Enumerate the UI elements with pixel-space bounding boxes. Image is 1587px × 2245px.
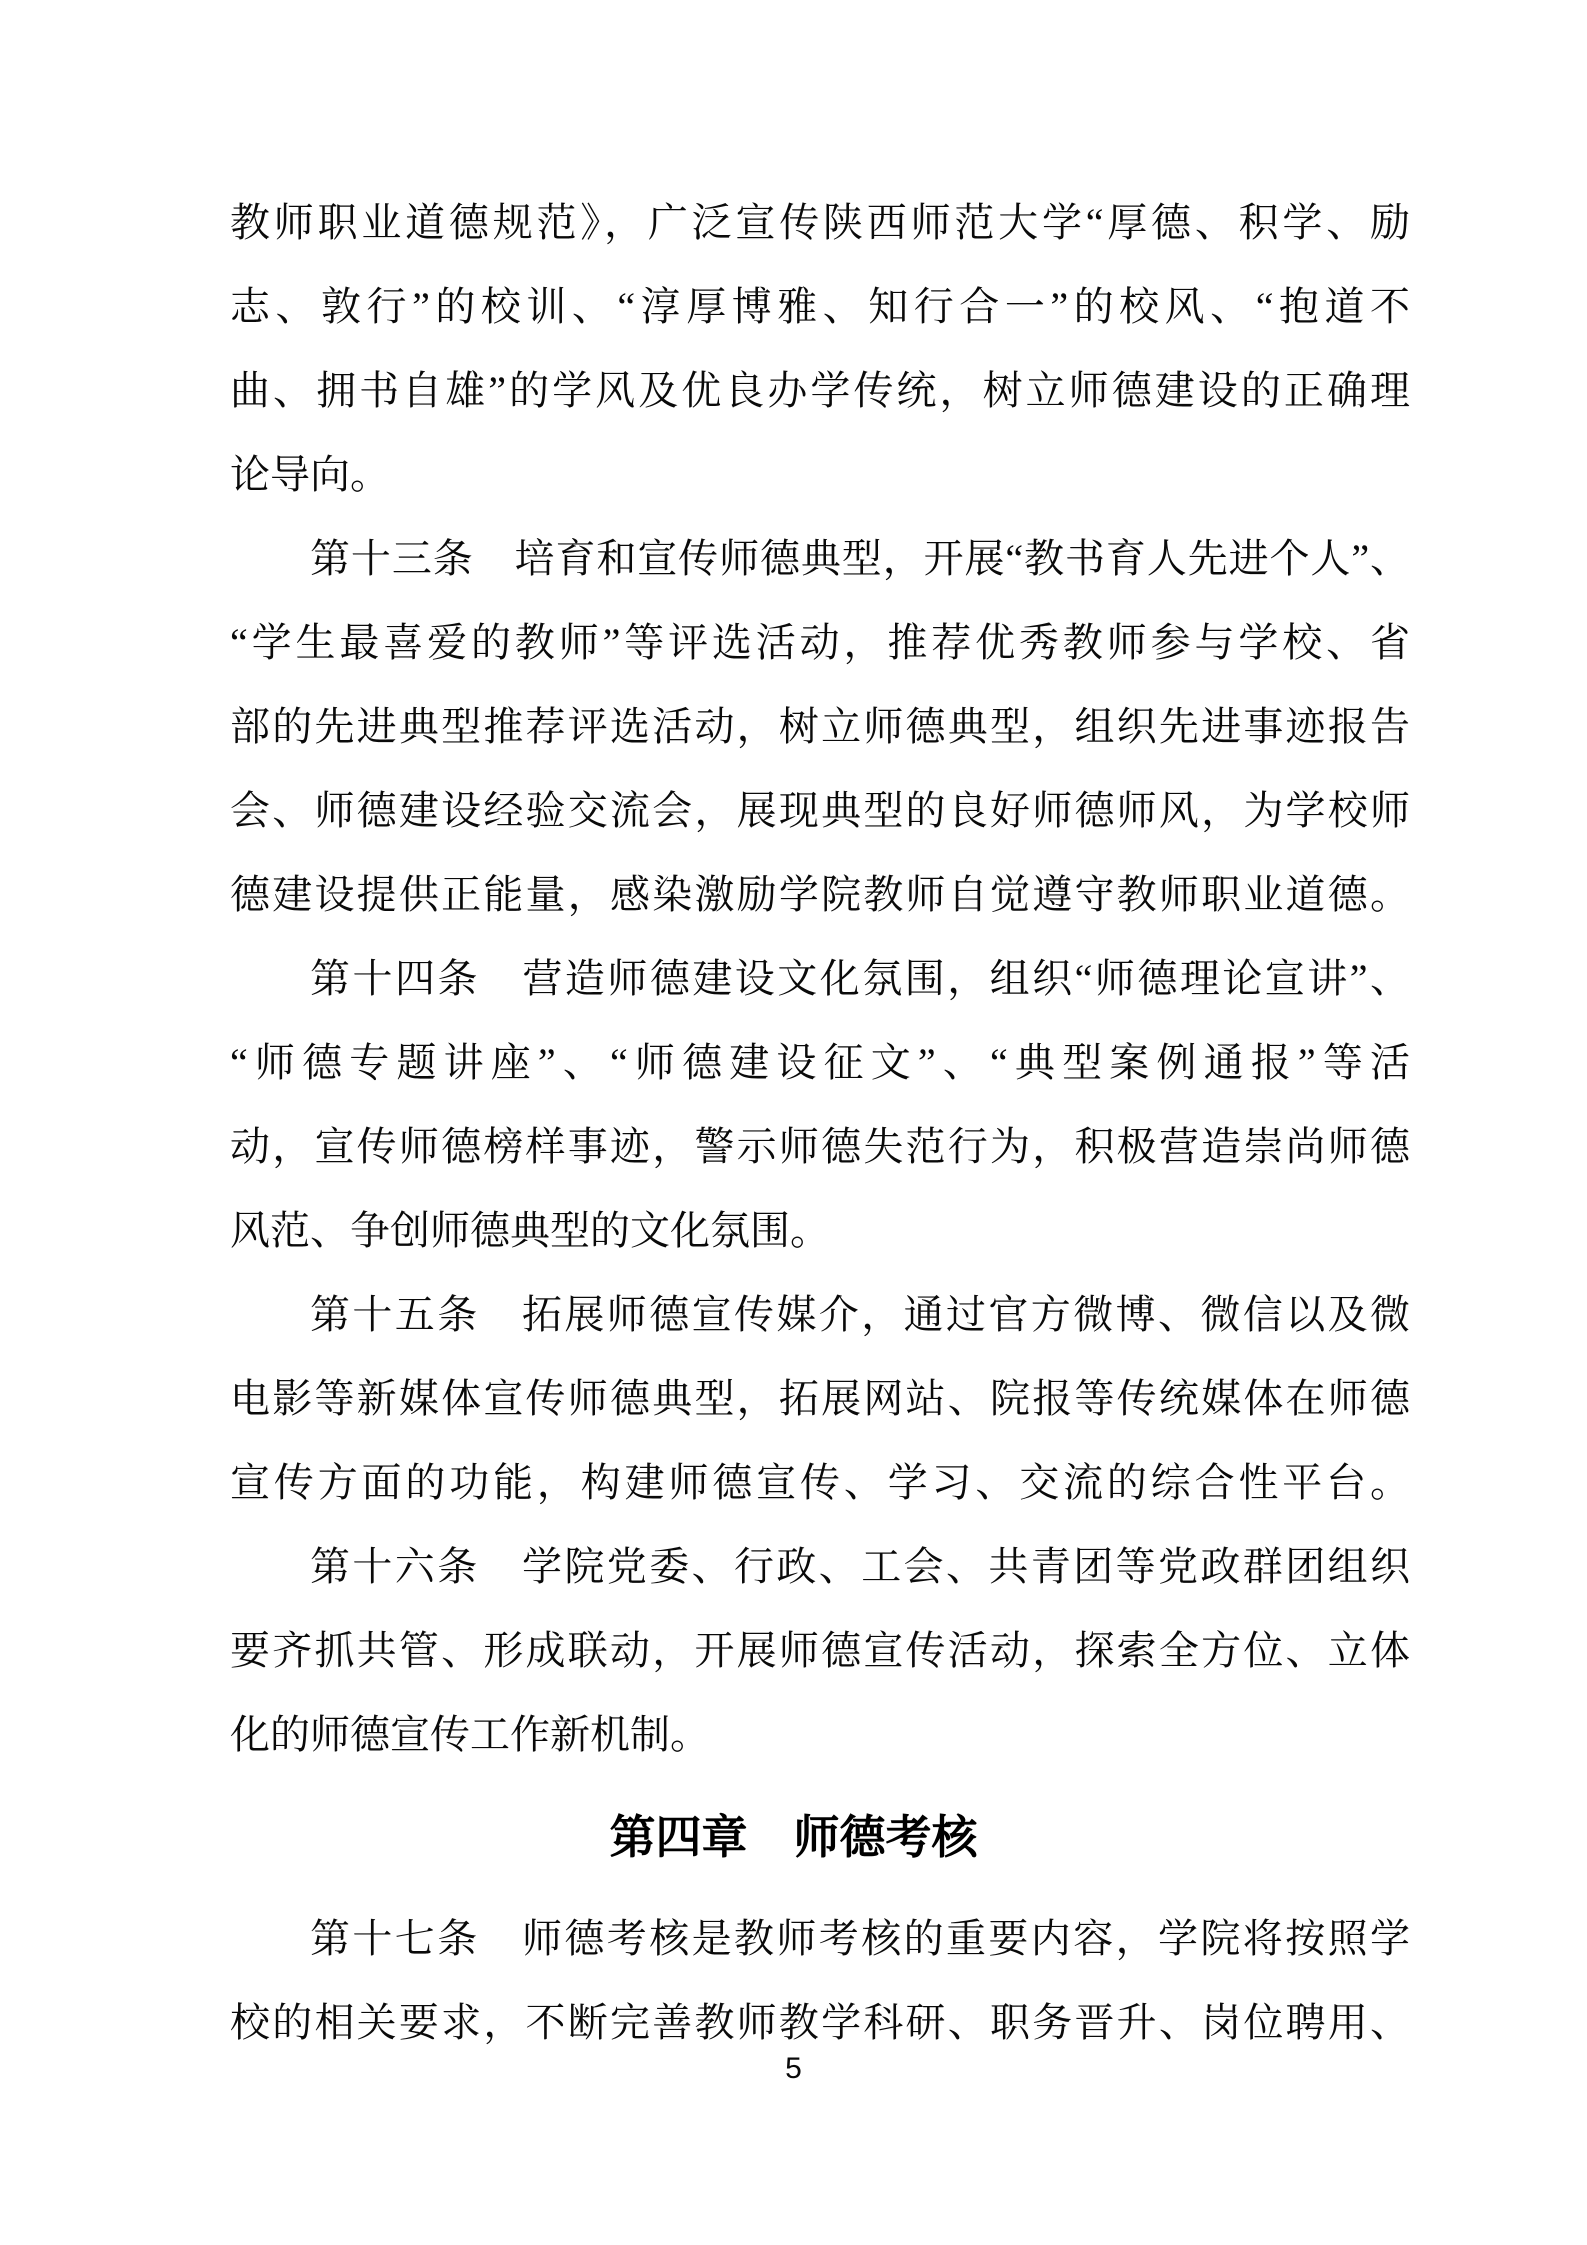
body-line: 志、敦行”的校训、“淳厚博雅、知行合一”的校风、“抱道不 bbox=[230, 265, 1410, 349]
body-line: 动，宣传师德榜样事迹，警示师德失范行为，积极营造崇尚师德 bbox=[230, 1105, 1410, 1189]
body-line: 第十五条 拓展师德宣传媒介，通过官方微博、微信以及微 bbox=[230, 1273, 1410, 1357]
body-line: 风范、争创师德典型的文化氛围。 bbox=[230, 1189, 1410, 1273]
body-line: 论导向。 bbox=[230, 433, 1410, 517]
body-line: 化的师德宣传工作新机制。 bbox=[230, 1693, 1410, 1777]
body-line: “师德专题讲座”、“师德建设征文”、“典型案例通报”等活 bbox=[230, 1021, 1410, 1105]
text-column: 教师职业道德规范》，广泛宣传陕西师范大学“厚德、积学、励 志、敦行”的校训、“淳… bbox=[230, 181, 1410, 2065]
body-line: 第十七条 师德考核是教师考核的重要内容，学院将按照学 bbox=[230, 1897, 1410, 1981]
body-line: 曲、拥书自雄”的学风及优良办学传统，树立师德建设的正确理 bbox=[230, 349, 1410, 433]
document-page: 教师职业道德规范》，广泛宣传陕西师范大学“厚德、积学、励 志、敦行”的校训、“淳… bbox=[0, 0, 1587, 2245]
body-line: “学生最喜爱的教师”等评选活动，推荐优秀教师参与学校、省 bbox=[230, 601, 1410, 685]
body-line: 第十六条 学院党委、行政、工会、共青团等党政群团组织 bbox=[230, 1525, 1410, 1609]
body-line: 电影等新媒体宣传师德典型，拓展网站、院报等传统媒体在师德 bbox=[230, 1357, 1410, 1441]
body-line: 第十四条 营造师德建设文化氛围，组织“师德理论宣讲”、 bbox=[230, 937, 1410, 1021]
body-line: 德建设提供正能量，感染激励学院教师自觉遵守教师职业道德。 bbox=[230, 853, 1410, 937]
body-line: 部的先进典型推荐评选活动，树立师德典型，组织先进事迹报告 bbox=[230, 685, 1410, 769]
body-line: 会、师德建设经验交流会，展现典型的良好师德师风，为学校师 bbox=[230, 769, 1410, 853]
body-line: 宣传方面的功能，构建师德宣传、学习、交流的综合性平台。 bbox=[230, 1441, 1410, 1525]
body-line: 要齐抓共管、形成联动，开展师德宣传活动，探索全方位、立体 bbox=[230, 1609, 1410, 1693]
page-number: 5 bbox=[0, 2052, 1587, 2086]
body-line: 教师职业道德规范》，广泛宣传陕西师范大学“厚德、积学、励 bbox=[230, 181, 1410, 265]
chapter-heading: 第四章 师德考核 bbox=[0, 1777, 1587, 1897]
body-line: 第十三条 培育和宣传师德典型，开展“教书育人先进个人”、 bbox=[230, 517, 1410, 601]
